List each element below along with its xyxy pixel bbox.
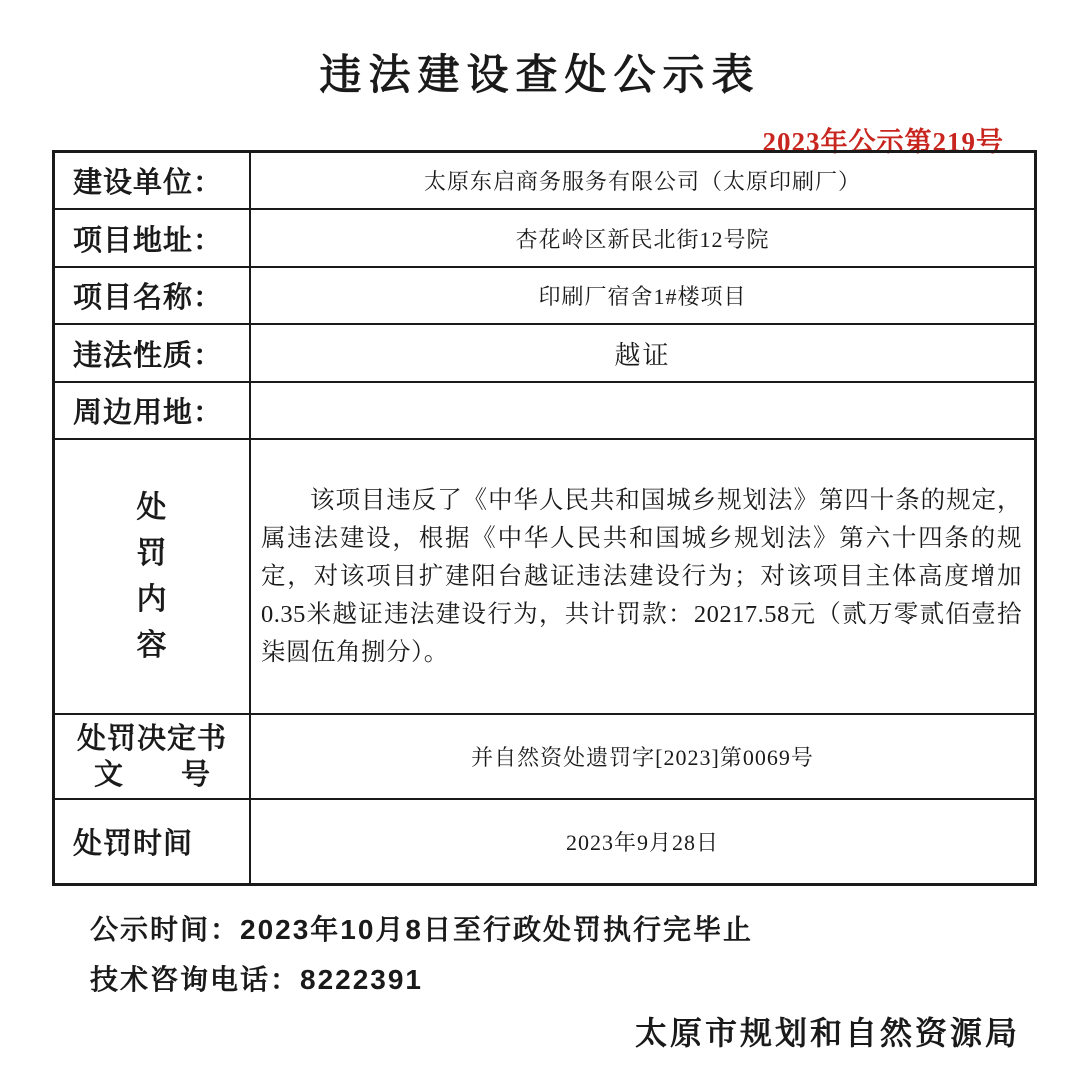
row-value: 印刷厂宿舍1#楼项目: [251, 268, 1034, 323]
penalty-content-label-chars: 处 罚 内 容: [55, 493, 249, 661]
label-char: 处: [137, 493, 168, 523]
row-label: 项目地址：: [55, 210, 251, 266]
row-value: 杏花岭区新民北街12号院: [251, 210, 1034, 266]
row-label: 违法性质：: [55, 325, 251, 381]
row-value: 越证: [251, 325, 1034, 381]
label-char: 容: [137, 631, 168, 661]
label-line: 文 号: [94, 757, 210, 793]
penalty-content-cell: 该项目违反了《中华人民共和国城乡规划法》第四十条的规定，属违法建设，根据《中华人…: [251, 440, 1034, 713]
table-row-penalty-time: 处罚时间 2023年9月28日: [55, 798, 1034, 883]
penalty-content-text: 该项目违反了《中华人民共和国城乡规划法》第四十条的规定，属违法建设，根据《中华人…: [261, 482, 1022, 672]
penalty-content-label: 处 罚 内 容: [55, 440, 251, 713]
row-label: 建设单位：: [55, 153, 251, 208]
table-row-violation-nature: 违法性质： 越证: [55, 323, 1034, 381]
row-label: 周边用地：: [55, 383, 251, 438]
publicity-period-line: 公示时间：2023年10月8日至行政处罚执行完毕止: [90, 908, 753, 948]
penalty-time-value: 2023年9月28日: [251, 800, 1034, 883]
table-row-project-address: 项目地址： 杏花岭区新民北街12号院: [55, 208, 1034, 266]
table-row-surrounding-land: 周边用地：: [55, 381, 1034, 438]
label-char: 罚: [137, 539, 168, 569]
consultation-phone-line: 技术咨询电话：8222391: [90, 958, 423, 998]
decision-number-value: 并自然资处遗罚字[2023]第0069号: [251, 715, 1034, 798]
decision-number-label: 处罚决定书 文 号: [55, 715, 251, 798]
table-row-decision-number: 处罚决定书 文 号 并自然资处遗罚字[2023]第0069号: [55, 713, 1034, 798]
label-char: 内: [137, 585, 168, 615]
table-row-construction-unit: 建设单位： 太原东启商务服务有限公司（太原印刷厂）: [55, 153, 1034, 208]
row-value: 太原东启商务服务有限公司（太原印刷厂）: [251, 153, 1034, 208]
row-value: [251, 383, 1034, 438]
issuing-agency: 太原市规划和自然资源局: [635, 1008, 1020, 1054]
notice-table: 建设单位： 太原东启商务服务有限公司（太原印刷厂） 项目地址： 杏花岭区新民北街…: [52, 150, 1037, 886]
label-line: 处罚决定书: [77, 721, 227, 757]
row-label: 项目名称：: [55, 268, 251, 323]
table-row-project-name: 项目名称： 印刷厂宿舍1#楼项目: [55, 266, 1034, 323]
table-row-penalty-content: 处 罚 内 容 该项目违反了《中华人民共和国城乡规划法》第四十条的规定，属违法建…: [55, 438, 1034, 713]
page-title: 违法建设查处公示表: [0, 0, 1080, 102]
notice-page: 违法建设查处公示表 2023年公示第219号 建设单位： 太原东启商务服务有限公…: [0, 0, 1080, 1080]
penalty-time-label: 处罚时间: [55, 800, 251, 883]
